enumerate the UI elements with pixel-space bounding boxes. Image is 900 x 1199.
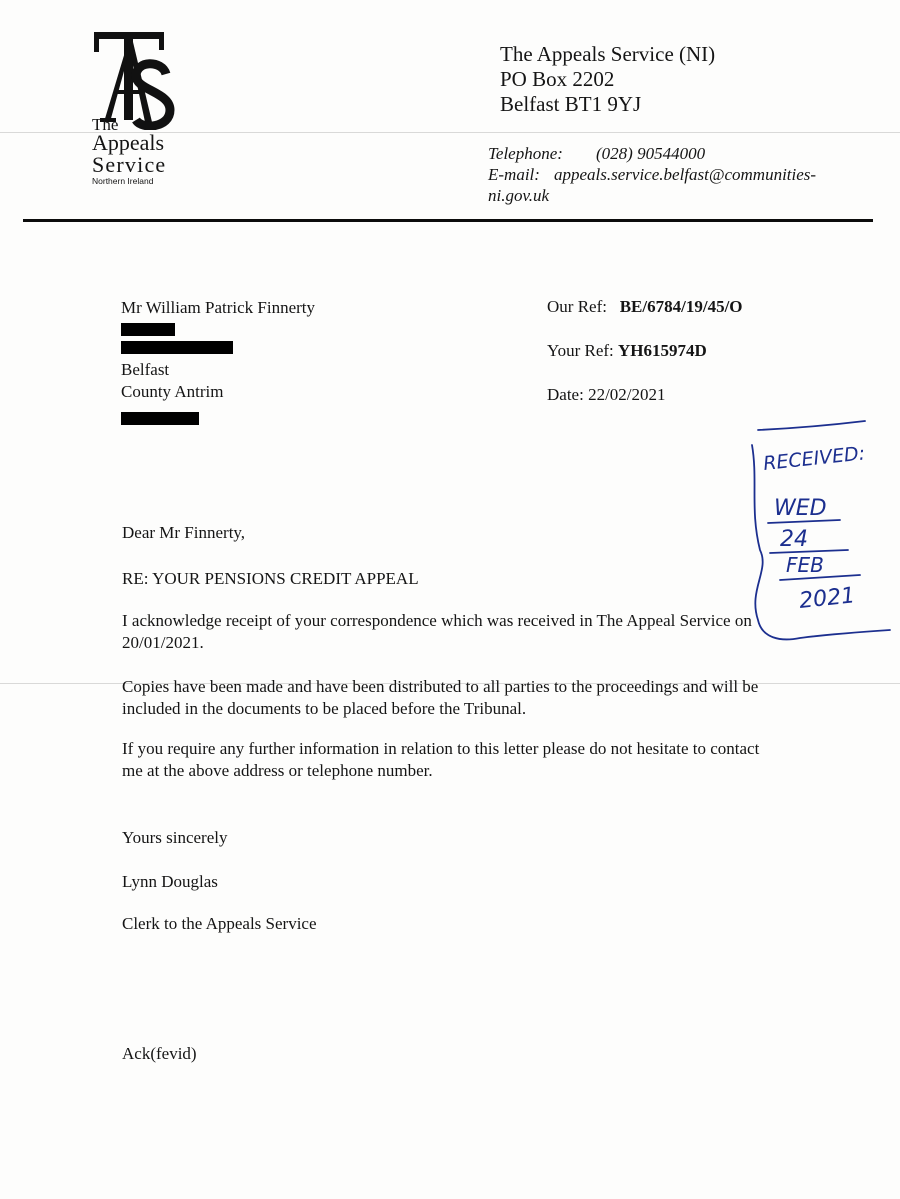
redaction-bar [121,341,233,354]
header-divider [23,219,873,222]
your-ref-label: Your Ref: [547,341,614,360]
redaction-bar [121,323,175,336]
date-value: 22/02/2021 [588,385,665,404]
recipient-city: Belfast [121,359,315,381]
logo-text-service: Service [92,154,166,176]
sender-address: The Appeals Service (NI) PO Box 2202 Bel… [500,42,715,117]
note-month: FEB [786,553,824,577]
your-ref-value: YH615974D [618,341,707,360]
telephone-number: (028) 90544000 [596,144,705,163]
appeals-service-logo: The Appeals Service Northern Ireland [88,30,198,195]
sender-address-line: The Appeals Service (NI) [500,42,715,67]
recipient-name: Mr William Patrick Finnerty [121,297,315,319]
note-day: WED [774,496,827,521]
logo-text-appeals: Appeals [92,132,166,154]
sender-contact: Telephone:(028) 90544000 E-mail:appeals.… [488,143,868,206]
sender-address-line: PO Box 2202 [500,67,715,92]
reference-block: Our Ref: BE/6784/19/45/O Your Ref: YH615… [547,297,743,429]
recipient-county: County Antrim [121,381,315,403]
body-paragraph: If you require any further information i… [122,738,782,782]
body-paragraph: Copies have been made and have been dist… [122,676,782,720]
email-address: appeals.service.belfast@communities- [554,165,816,184]
recipient-address: Mr William Patrick Finnerty Belfast Coun… [121,297,315,430]
salutation: Dear Mr Finnerty, [122,522,782,544]
our-ref-label: Our Ref: [547,297,607,316]
sender-address-line: Belfast BT1 9YJ [500,92,715,117]
date-label: Date: [547,385,584,404]
email-address-continued: ni.gov.uk [488,185,868,206]
our-ref-value: BE/6784/19/45/O [620,297,743,316]
note-received-label: RECEIVED: [762,442,866,475]
signatory-title: Clerk to the Appeals Service [122,913,782,935]
redaction-bar [121,412,199,425]
subject-line: RE: YOUR PENSIONS CREDIT APPEAL [122,568,782,590]
closing: Yours sincerely [122,827,782,849]
telephone-label: Telephone: [488,143,596,164]
body-paragraph: I acknowledge receipt of your correspond… [122,610,757,654]
footer-code: Ack(fevid) [122,1043,782,1065]
logo-text-northern-ireland: Northern Ireland [92,177,166,186]
note-year: 2021 [798,583,856,614]
signatory-name: Lynn Douglas [122,871,782,893]
note-date: 24 [780,527,808,552]
email-label: E-mail: [488,164,554,185]
